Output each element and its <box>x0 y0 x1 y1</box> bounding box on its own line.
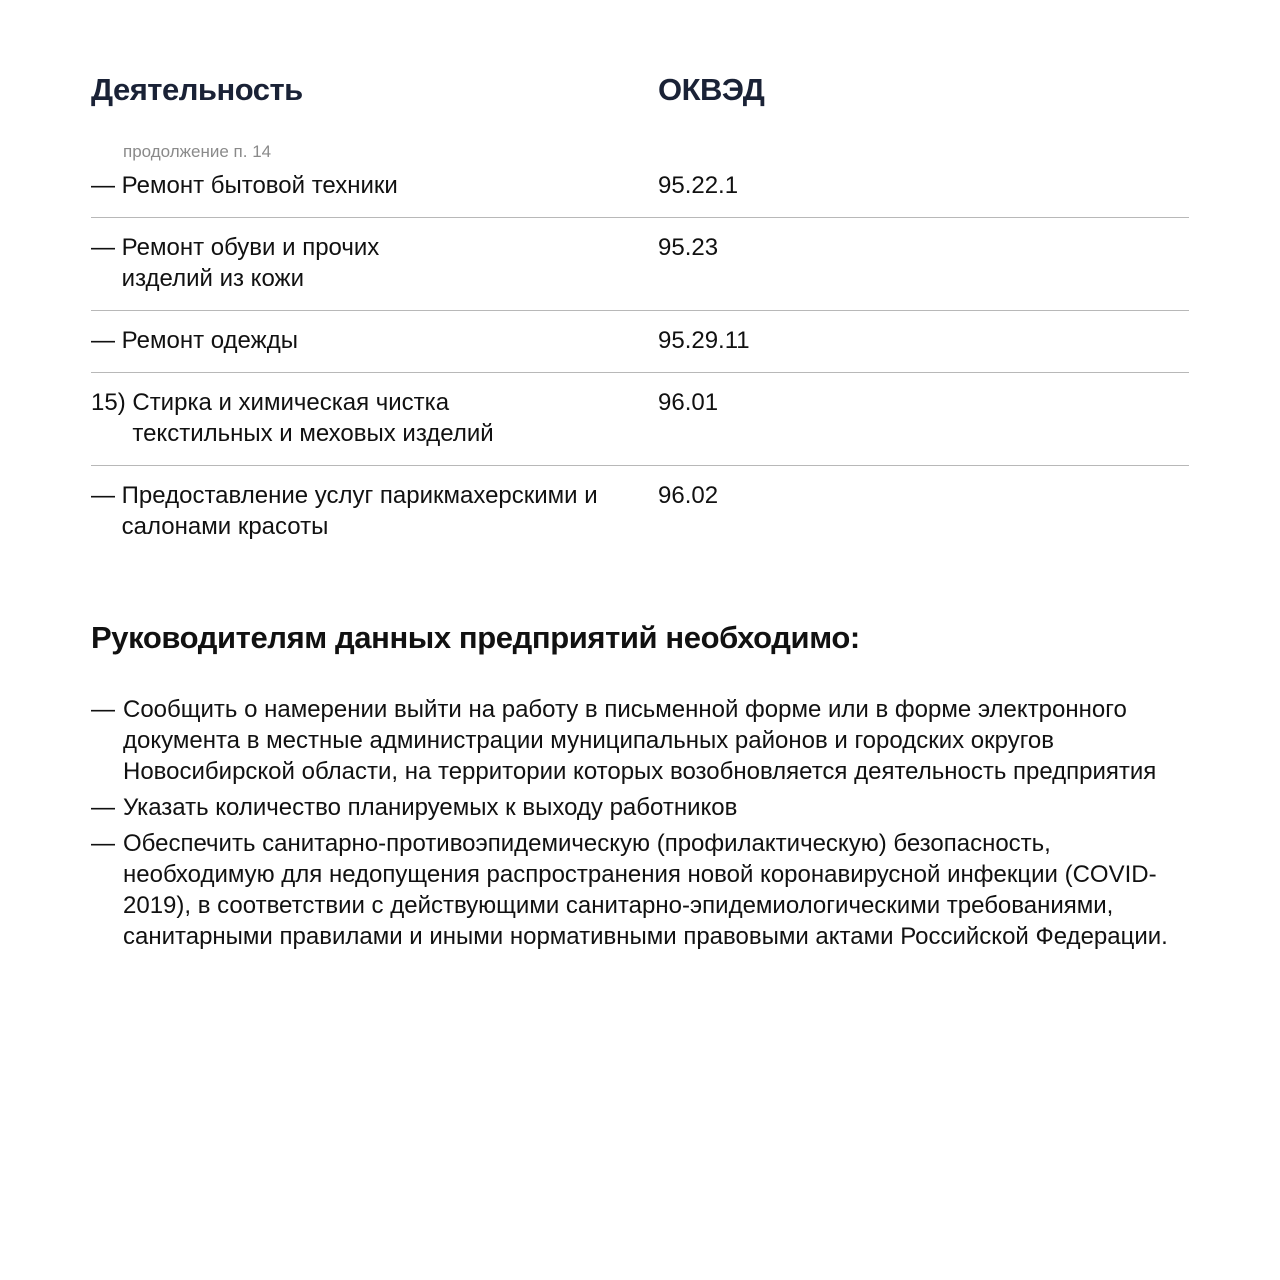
list-marker: 15) <box>91 387 132 449</box>
activities-table: — Ремонт бытовой техники 95.22.1 — Ремон… <box>91 170 1189 572</box>
activity-name: Ремонт бытовой техники <box>122 170 651 201</box>
table-row: — Ремонт обуви и прочих изделий из кожи … <box>91 232 1189 311</box>
list-marker: — <box>91 232 122 294</box>
requirement-text: Сообщить о намерении выйти на работу в п… <box>123 694 1189 787</box>
list-marker: — <box>91 480 122 542</box>
requirements-title: Руководителям данных предприятий необход… <box>91 620 860 656</box>
list-item: — Сообщить о намерении выйти на работу в… <box>91 694 1189 787</box>
continuation-note: продолжение п. 14 <box>123 142 271 162</box>
requirement-text: Обеспечить санитарно-противоэпидемическу… <box>123 828 1189 952</box>
table-row: — Ремонт одежды 95.29.11 <box>91 325 1189 373</box>
list-marker: — <box>91 325 122 356</box>
okved-code: 95.23 <box>658 232 718 263</box>
okved-code: 95.22.1 <box>658 170 738 201</box>
requirement-text: Указать количество планируемых к выходу … <box>123 792 1189 823</box>
table-row: — Предоставление услуг парикмахерскими и… <box>91 480 1189 558</box>
activity-name: Ремонт одежды <box>122 325 651 356</box>
list-marker: — <box>91 694 123 787</box>
activity-name: Стирка и химическая чистка текстильных и… <box>132 387 561 449</box>
okved-code: 96.01 <box>658 387 718 418</box>
okved-code: 96.02 <box>658 480 718 511</box>
activity-name: Предоставление услуг парикмахерскими и с… <box>122 480 631 542</box>
table-row: 15) Стирка и химическая чистка текстильн… <box>91 387 1189 466</box>
list-marker: — <box>91 170 122 201</box>
list-marker: — <box>91 792 123 823</box>
column-header-okved: ОКВЭД <box>658 72 764 108</box>
okved-code: 95.29.11 <box>658 325 750 356</box>
table-row: — Ремонт бытовой техники 95.22.1 <box>91 170 1189 218</box>
list-item: — Обеспечить санитарно-противоэпидемичес… <box>91 828 1189 952</box>
column-header-activity: Деятельность <box>91 72 303 108</box>
requirements-list: — Сообщить о намерении выйти на работу в… <box>91 694 1189 957</box>
list-marker: — <box>91 828 123 952</box>
list-item: — Указать количество планируемых к выход… <box>91 792 1189 823</box>
activity-name: Ремонт обуви и прочих изделий из кожи <box>122 232 431 294</box>
